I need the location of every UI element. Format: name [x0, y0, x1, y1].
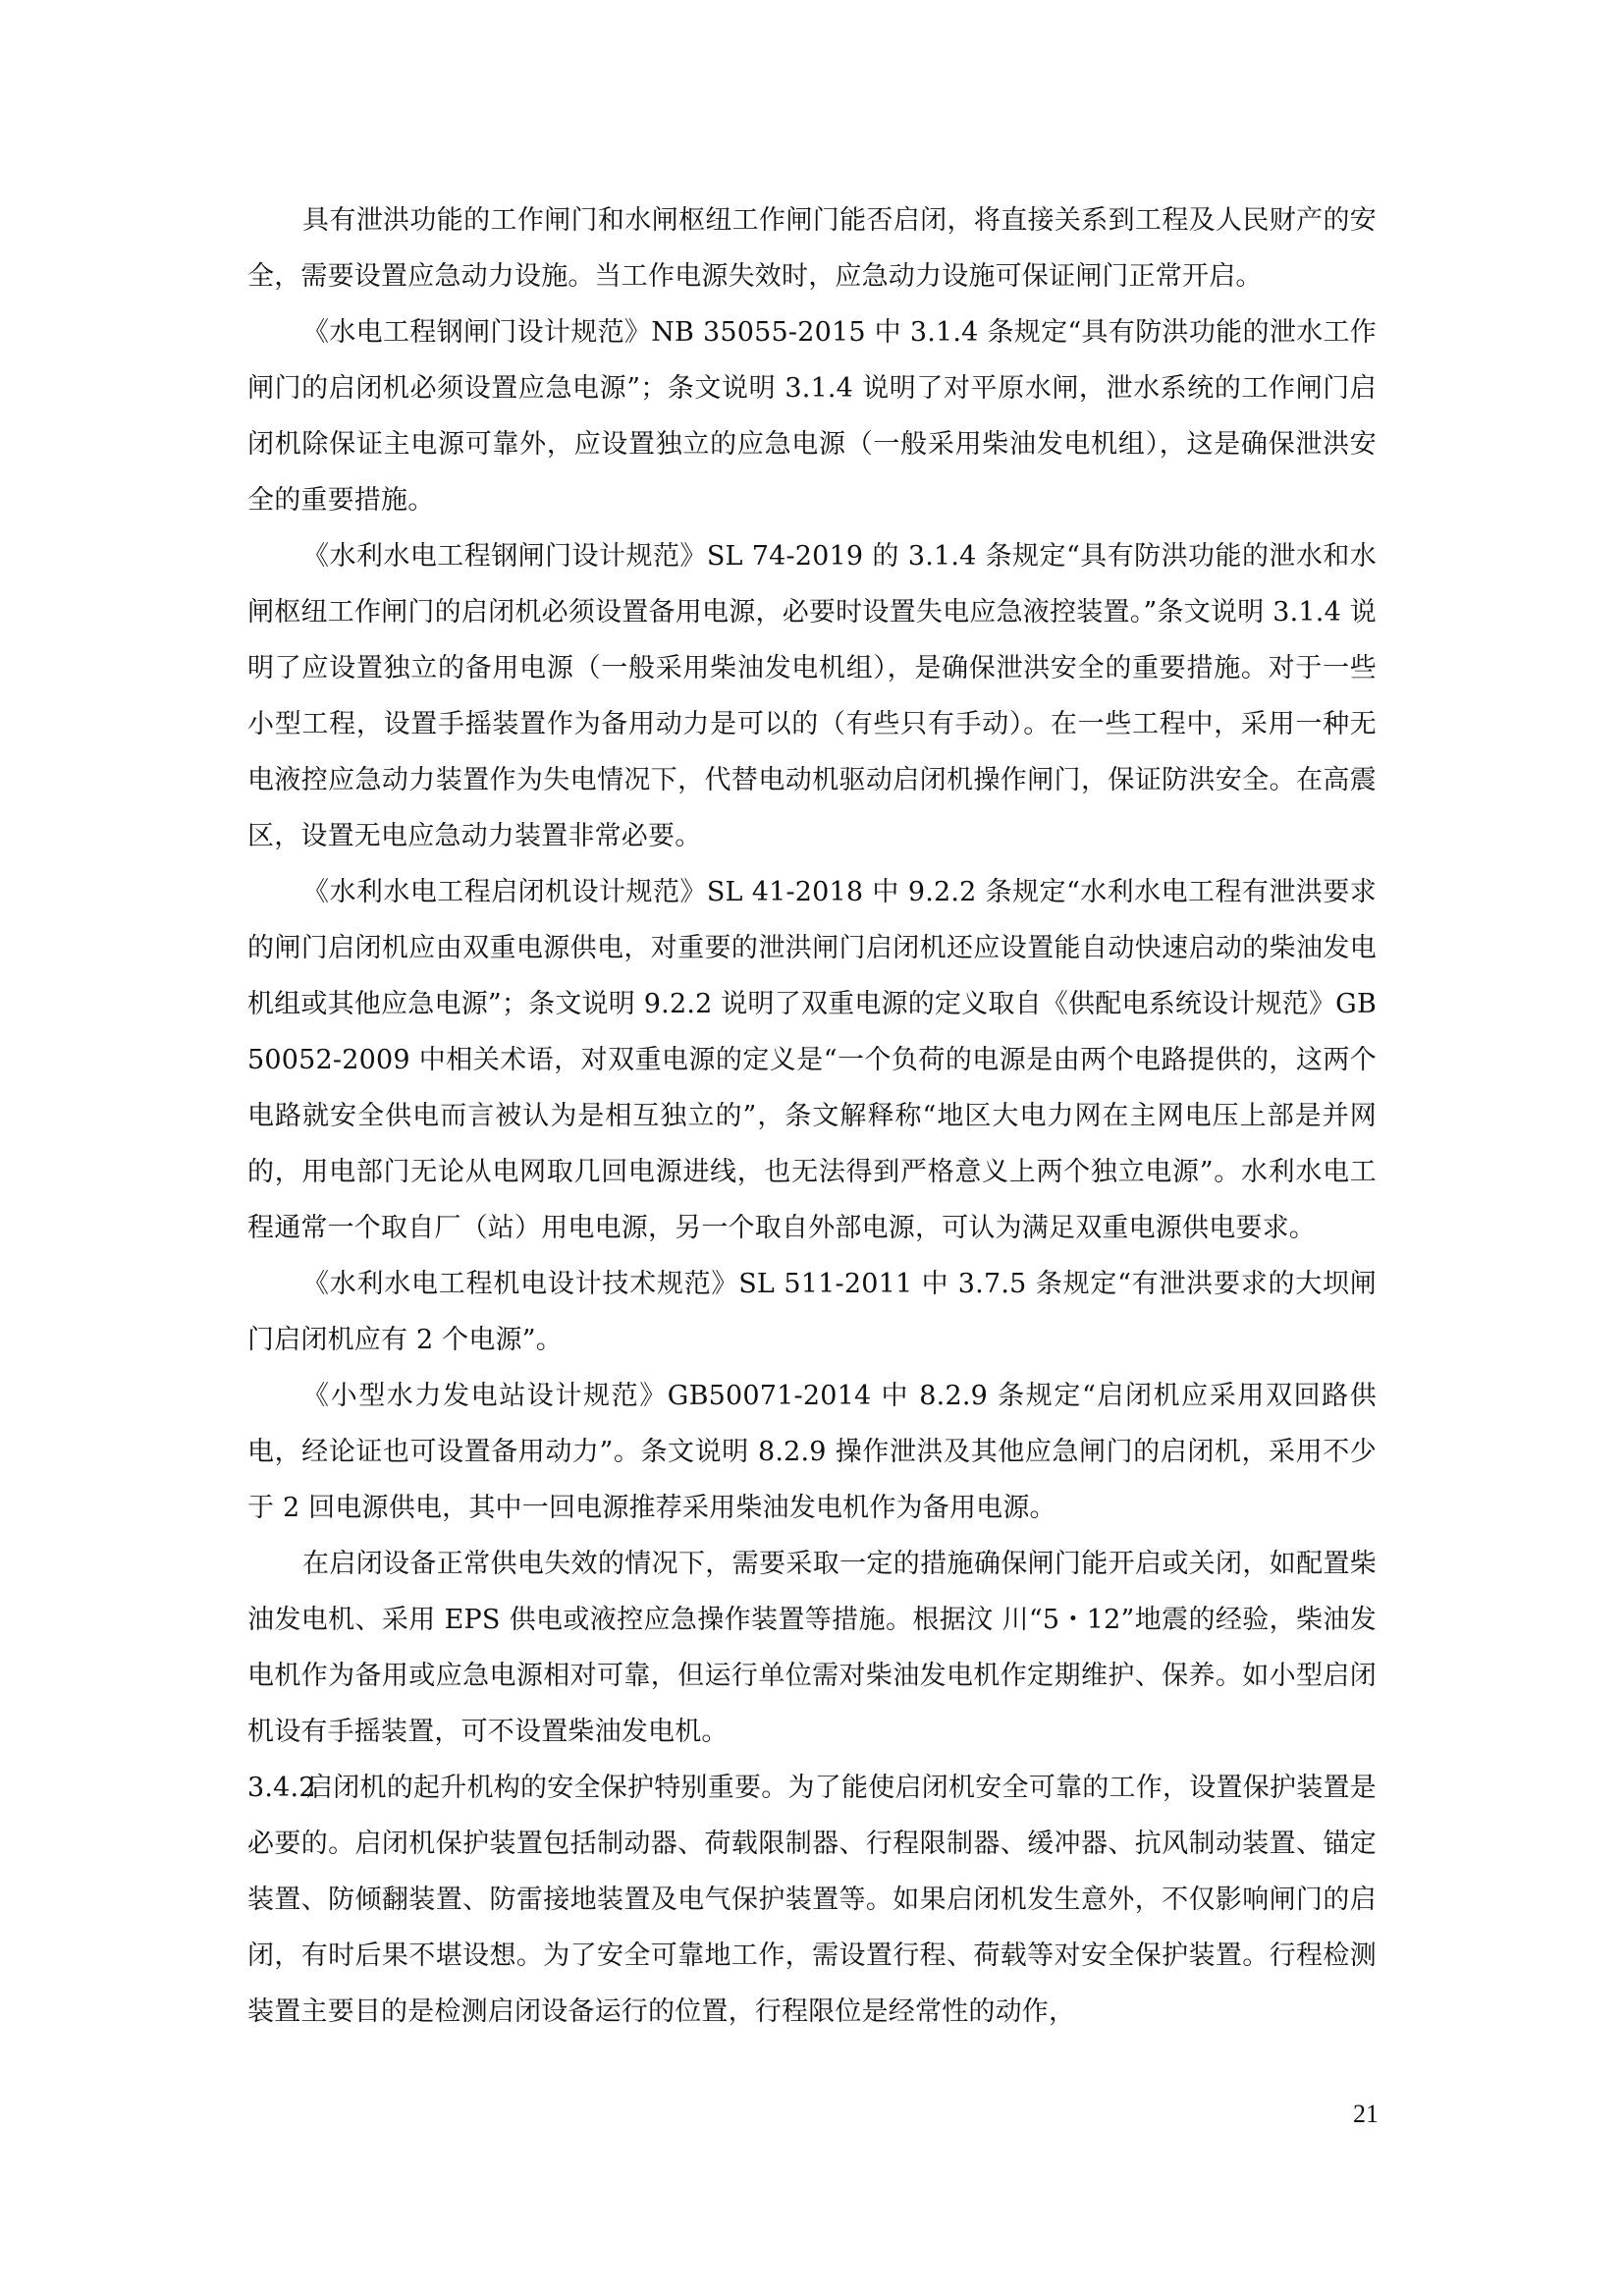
paragraph-sl74: 《水利水电工程钢闸门设计规范》SL 74-2019 的 3.1.4 条规定“具有…	[247, 528, 1377, 864]
paragraph-emergency-power-intro: 具有泄洪功能的工作闸门和水闸枢纽工作闸门能否启闭，将直接关系到工程及人民财产的安…	[247, 192, 1377, 304]
paragraph-sl511: 《水利水电工程机电设计技术规范》SL 511-2011 中 3.7.5 条规定“…	[247, 1256, 1377, 1368]
section-text: 启闭机的起升机构的安全保护特别重要。为了能使启闭机安全可靠的工作，设置保护装置是…	[247, 1773, 1377, 2027]
section-3-4-2: 3.4.2启闭机的起升机构的安全保护特别重要。为了能使启闭机安全可靠的工作，设置…	[247, 1760, 1377, 2040]
page-number: 21	[1353, 2100, 1379, 2129]
document-body: 具有泄洪功能的工作闸门和水闸枢纽工作闸门能否启闭，将直接关系到工程及人民财产的安…	[247, 192, 1377, 2040]
paragraph-nb35055: 《水电工程钢闸门设计规范》NB 35055-2015 中 3.1.4 条规定“具…	[247, 304, 1377, 528]
paragraph-sl41: 《水利水电工程启闭机设计规范》SL 41-2018 中 9.2.2 条规定“水利…	[247, 864, 1377, 1256]
paragraph-power-failure-measures: 在启闭设备正常供电失效的情况下，需要采取一定的措施确保闸门能开启或关闭，如配置柴…	[247, 1536, 1377, 1760]
paragraph-gb50071: 《小型水力发电站设计规范》GB50071-2014 中 8.2.9 条规定“启闭…	[247, 1368, 1377, 1536]
section-number: 3.4.2	[247, 1760, 306, 1816]
